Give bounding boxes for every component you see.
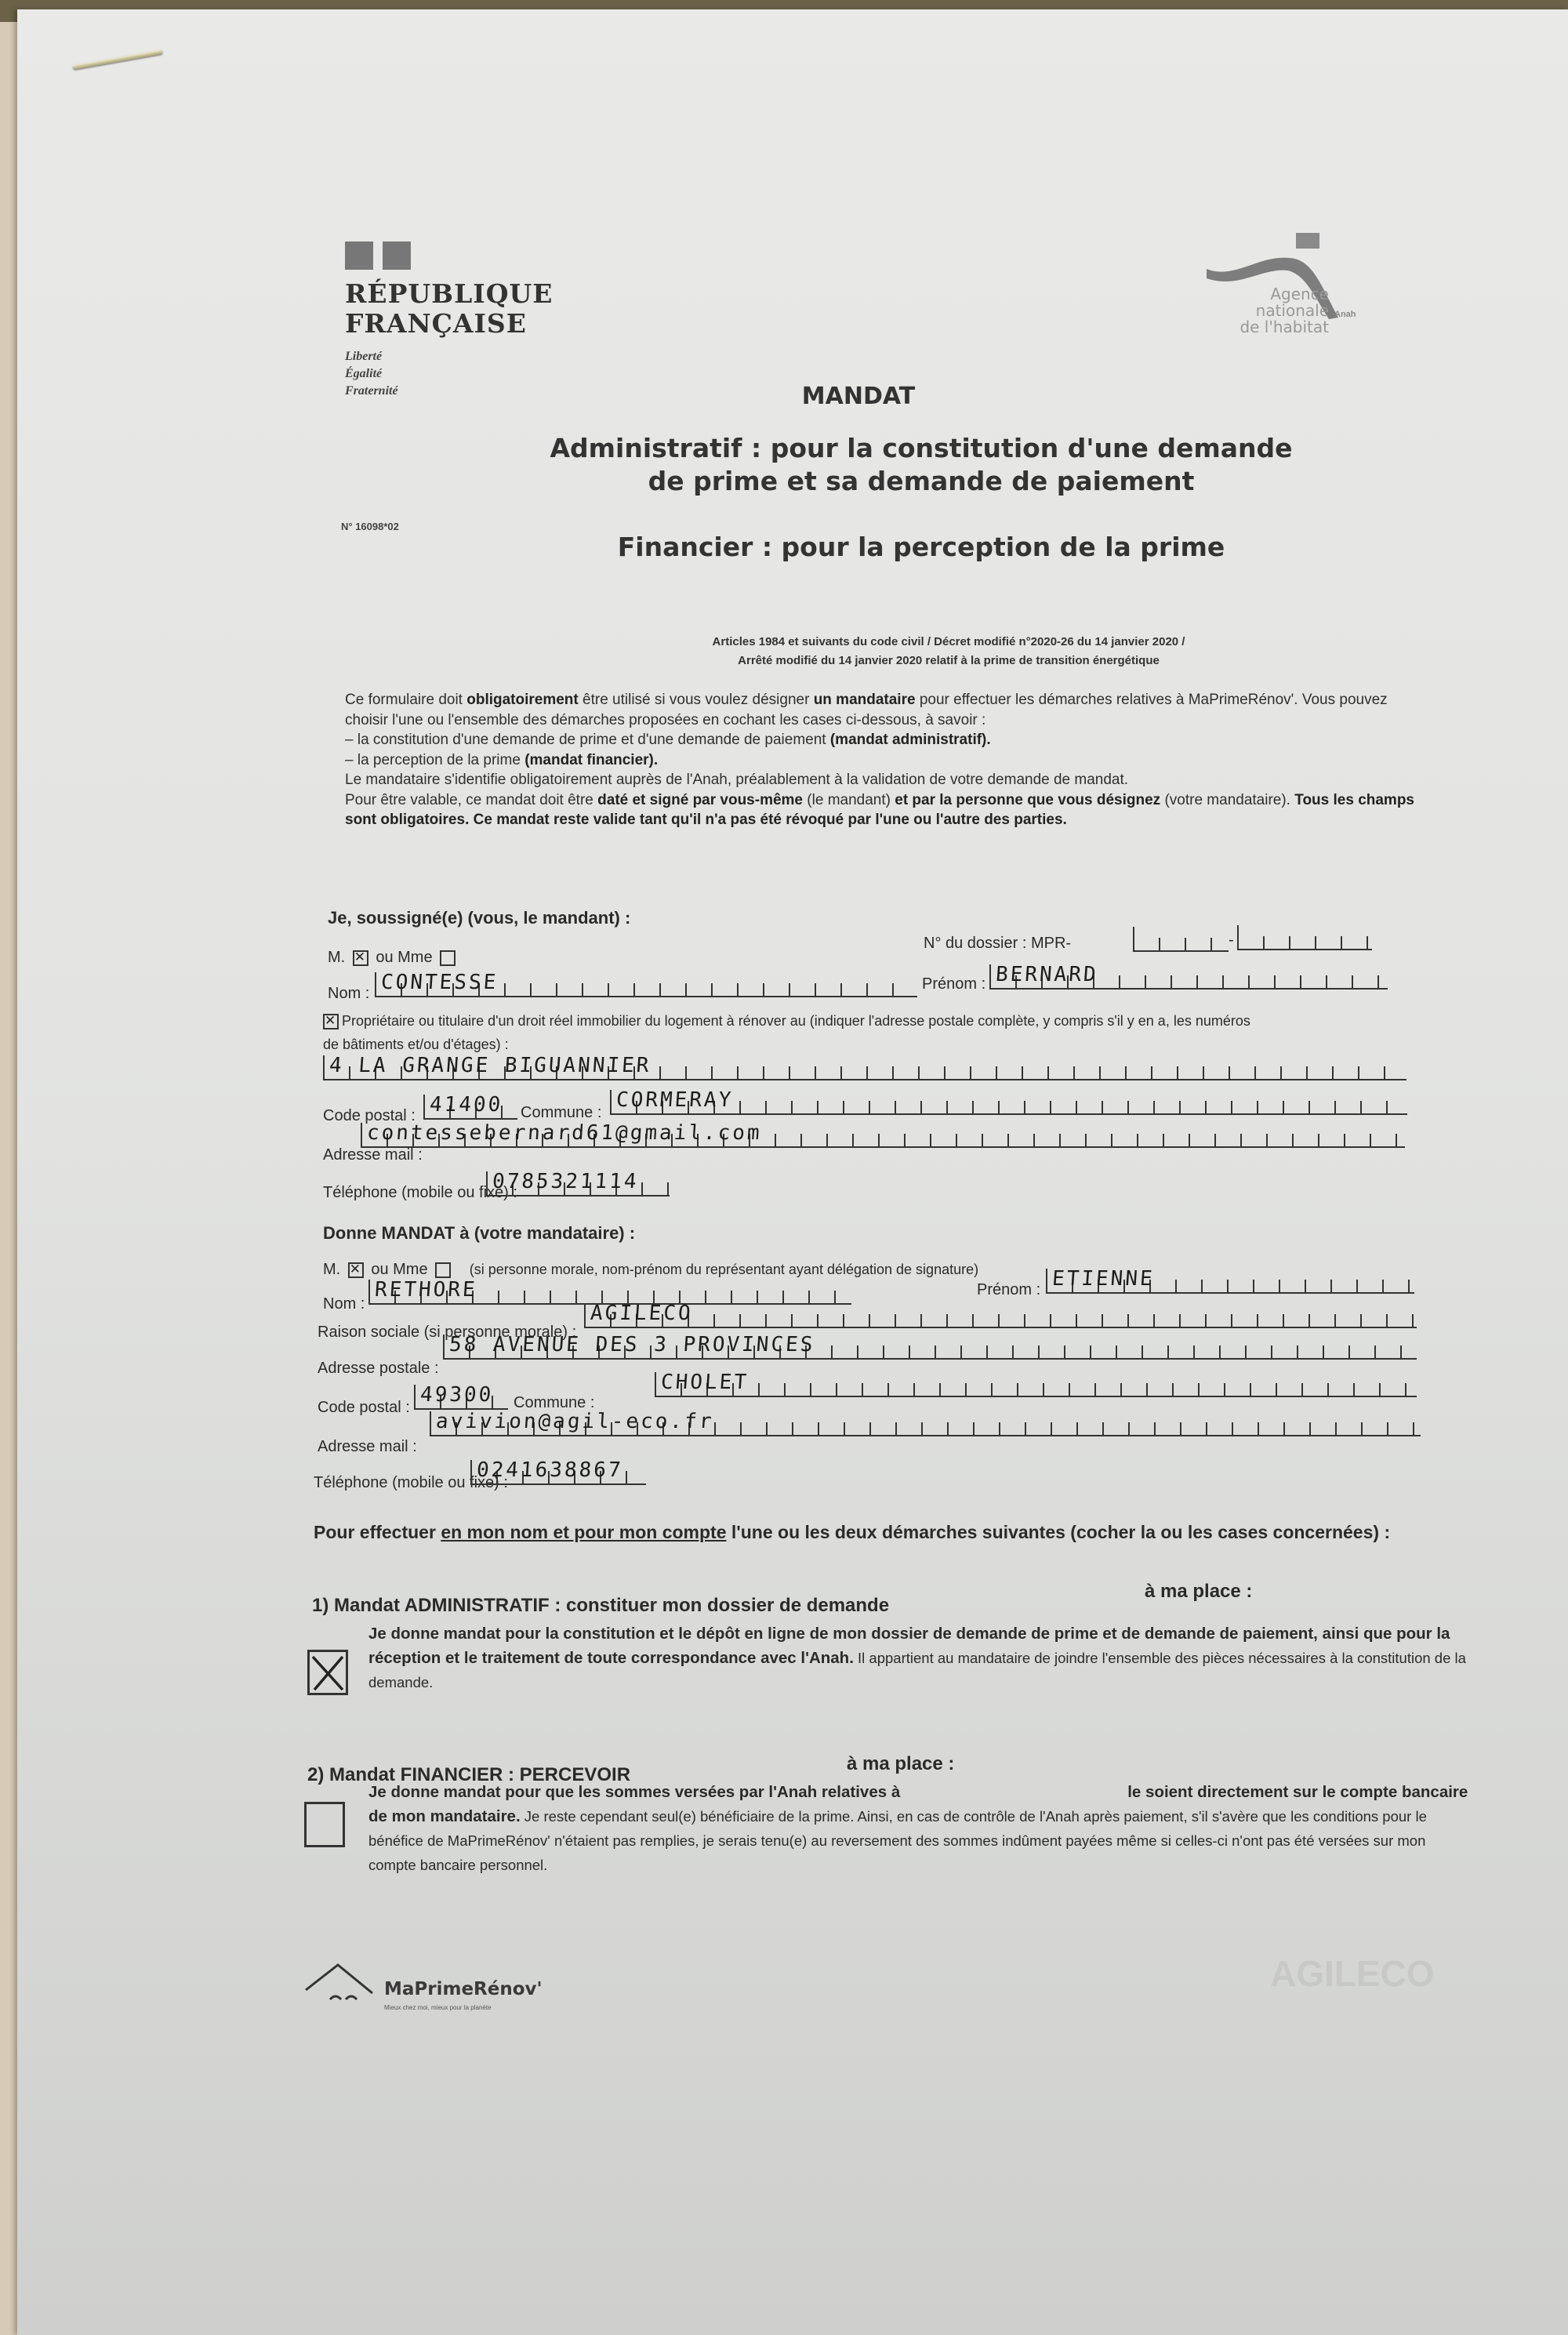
subtitle-admin-1: Administratif : pour la constitution d'u…	[549, 430, 1294, 467]
mandant-nom-field[interactable]: CONTESSE	[375, 972, 917, 997]
mandant-cp-value: 41400	[429, 1093, 503, 1117]
motto-egalite: Égalité	[345, 365, 553, 383]
mandataire-tel-field[interactable]: 0241638867	[470, 1460, 646, 1485]
mandataire-raison-field[interactable]: AGILECO	[584, 1303, 1417, 1328]
mandataire-heading: Donne MANDAT à (votre mandataire) :	[323, 1223, 635, 1244]
mandataire-cp-label: Code postal :	[318, 1399, 410, 1417]
mandataire-raison-value: AGILECO	[590, 1302, 694, 1325]
mandataire-mail-field[interactable]: avivion@agil-eco.fr	[430, 1411, 1421, 1436]
admin-mandate-text: Je donne mandat pour la constitution et …	[368, 1621, 1466, 1694]
mandataire-adresse-field[interactable]: 58 AVENUE DES 3 PROVINCES	[443, 1335, 1417, 1360]
maprimerenov-tagline: Mieux chez moi, mieux pour la planète	[384, 2004, 492, 2011]
mandataire-mme-checkbox[interactable]	[435, 1262, 451, 1278]
mandataire-nom-value: RETHORE	[374, 1278, 478, 1302]
marianne-icon	[345, 241, 553, 270]
mandant-prenom-field[interactable]: BERNARD	[989, 964, 1388, 990]
financier-mandate-checkbox[interactable]	[304, 1802, 345, 1847]
cerfa-number: N° 16098*02	[341, 521, 399, 532]
mandataire-adresse-label: Adresse postale :	[318, 1360, 439, 1378]
demarches-intro: Pour effectuer en mon nom et pour mon co…	[314, 1516, 1458, 1548]
mandataire-civility: M. ou Mme (si personne morale, nom-préno…	[323, 1261, 978, 1279]
mandataire-commune-value: CHOLET	[660, 1371, 750, 1394]
mandant-tel-field[interactable]: 0785321114	[486, 1171, 670, 1197]
mandant-civility: M. ou Mme	[328, 949, 459, 967]
mandant-commune-label: Commune :	[521, 1104, 601, 1122]
mandataire-prenom-field[interactable]: ETIENNE	[1046, 1269, 1414, 1294]
mandataire-m-checkbox[interactable]	[348, 1262, 364, 1278]
mandant-commune-value: CORMERAY	[615, 1088, 734, 1112]
mandant-cp-field[interactable]: 41400	[423, 1095, 517, 1120]
subtitle-financier: Financier : pour la perception de la pri…	[549, 528, 1294, 566]
owner-statement-2: de bâtiments et/ou d'étages) :	[323, 1037, 509, 1053]
mandataire-prenom-value: ETIENNE	[1051, 1267, 1156, 1291]
mandant-heading: Je, soussigné(e) (vous, le mandant) :	[328, 908, 630, 928]
mandant-commune-field[interactable]: CORMERAY	[610, 1090, 1407, 1115]
financier-mandate-text: Je donne mandat pour que les sommes vers…	[368, 1780, 1474, 1877]
mandataire-prenom-label: Prénom :	[977, 1281, 1040, 1299]
mandant-nom-label: Nom :	[328, 985, 369, 1003]
mandant-mail-label: Adresse mail :	[323, 1146, 423, 1164]
mandataire-commune-field[interactable]: CHOLET	[655, 1372, 1417, 1397]
owner-checkbox[interactable]	[323, 1014, 339, 1030]
owner-statement: Propriétaire ou titulaire d'un droit rée…	[323, 1013, 1250, 1030]
mandataire-adresse-value: 58 AVENUE DES 3 PROVINCES	[448, 1333, 815, 1356]
maprimerenov-brand: MaPrimeRénov'	[384, 1979, 543, 1999]
republique-line-1: RÉPUBLIQUE	[345, 279, 553, 309]
mandant-m-checkbox[interactable]	[353, 950, 368, 966]
mandataire-mail-label: Adresse mail :	[318, 1438, 417, 1456]
mandant-mme-checkbox[interactable]	[440, 950, 456, 966]
check-x-icon	[310, 1652, 346, 1693]
mandataire-cp-field[interactable]: 49300	[414, 1385, 508, 1410]
dossier-number-part2[interactable]	[1237, 925, 1372, 950]
dossier-number-part1[interactable]	[1133, 927, 1229, 952]
mandant-prenom-value: BERNARD	[995, 963, 1099, 986]
mandataire-tel-value: 0241638867	[476, 1458, 624, 1482]
legal-reference-1: Articles 1984 et suivants du code civil …	[612, 632, 1286, 652]
anah-logo: Agence nationale de l'habitat Anah	[1203, 231, 1360, 357]
maprimerenov-logo: MaPrimeRénov' Mieux chez moi, mieux pour…	[302, 1952, 388, 2011]
mandant-tel-value: 0785321114	[492, 1170, 640, 1193]
mandant-mail-value: contessebernard61@gmail.com	[366, 1121, 763, 1145]
house-roof-icon	[302, 1952, 388, 2007]
agency-abbrev: Anah	[1334, 310, 1356, 319]
mandataire-nom-label: Nom :	[323, 1295, 365, 1313]
mandant-mail-field[interactable]: contessebernard61@gmail.com	[361, 1123, 1405, 1148]
motto-liberte: Liberté	[345, 348, 553, 365]
subtitle-admin-2: de prime et sa demande de paiement	[549, 463, 1294, 500]
admin-mandate-checkbox[interactable]	[307, 1650, 348, 1695]
legal-reference-2: Arrêté modifié du 14 janvier 2020 relati…	[612, 651, 1286, 671]
admin-mandate-suffix: à ma place :	[1145, 1581, 1252, 1603]
mandant-adresse-field[interactable]: 4 LA GRANGE BIGUANNIER	[323, 1055, 1406, 1080]
mandant-adresse-value: 4 LA GRANGE BIGUANNIER	[328, 1054, 652, 1077]
republique-line-2: FRANÇAISE	[345, 309, 553, 339]
mandant-nom-value: CONTESSE	[380, 971, 499, 994]
financier-mandate-suffix: à ma place :	[847, 1753, 954, 1775]
agency-name: Agence nationale de l'habitat	[1211, 286, 1329, 336]
republique-francaise-logo: RÉPUBLIQUE FRANÇAISE Liberté Égalité Fra…	[345, 241, 553, 400]
dossier-label: N° du dossier : MPR-	[924, 935, 1071, 953]
mandataire-mail-value: avivion@agil-eco.fr	[435, 1410, 715, 1433]
mandant-prenom-label: Prénom :	[922, 975, 985, 993]
intro-text: Ce formulaire doit obligatoirement être …	[345, 690, 1427, 830]
mandat-form: RÉPUBLIQUE FRANÇAISE Liberté Égalité Fra…	[0, 0, 1568, 2335]
page-title: MANDAT	[0, 383, 1568, 410]
faint-stamp-showthrough: AGILECO	[1270, 1952, 1435, 1995]
admin-mandate-title: 1) Mandat ADMINISTRATIF : constituer mon…	[312, 1595, 889, 1617]
mandataire-cp-value: 49300	[419, 1383, 494, 1407]
